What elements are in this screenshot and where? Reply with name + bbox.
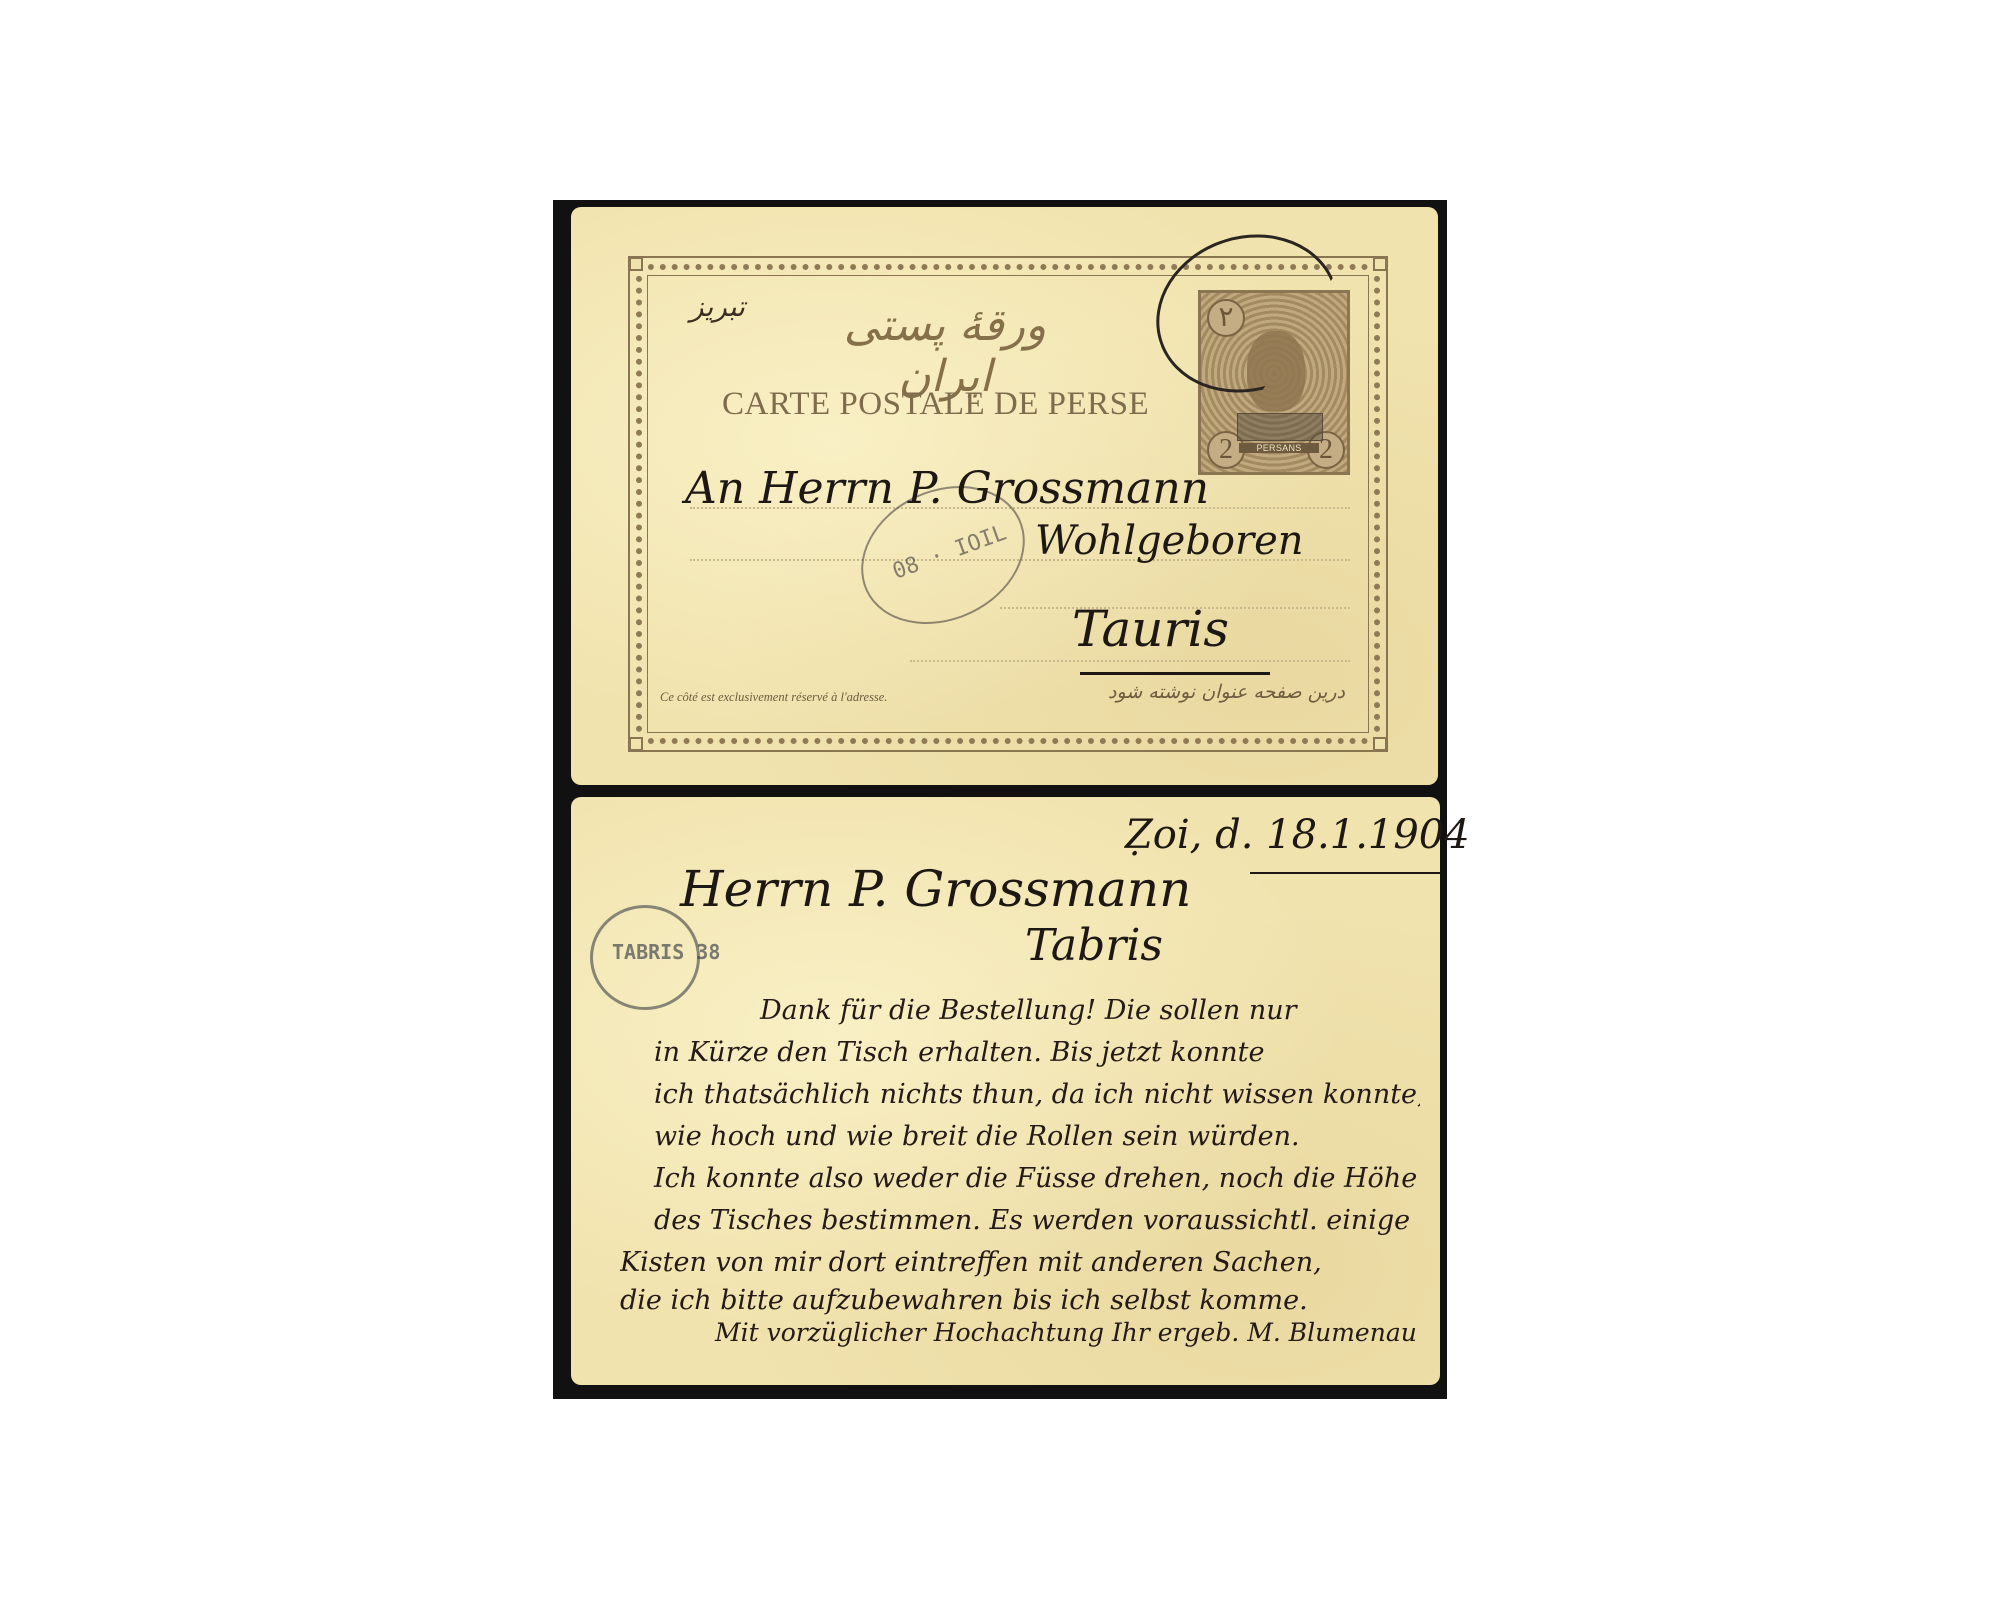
letter-city: Tabris xyxy=(1025,920,1163,971)
border-corner-ornament xyxy=(1373,257,1387,271)
letter-line: in Kürze den Tisch erhalten. Bis jetzt k… xyxy=(620,1032,1420,1074)
letter-line: Kisten von mir dort eintreffen mit ander… xyxy=(620,1242,1420,1284)
address-city: Tauris xyxy=(1072,600,1229,658)
letter-date: Ẓoi, d. 18.1.1904 xyxy=(1125,812,1470,858)
handwritten-persian-note: تبریز xyxy=(690,290,745,323)
border-corner-ornament xyxy=(629,257,643,271)
arrival-postmark-text: TABRIS 38 xyxy=(612,940,720,964)
letter-line: des Tisches bestimmen. Es werden vorauss… xyxy=(620,1200,1420,1242)
date-underline xyxy=(1250,872,1440,874)
letter-line: Ich konnte also weder die Füsse drehen, … xyxy=(620,1158,1420,1200)
card-title: CARTE POSTALE DE PERSE xyxy=(722,386,1162,423)
address-line xyxy=(910,660,1350,662)
border-corner-ornament xyxy=(629,737,643,751)
letter-line: ich thatsächlich nichts thun, da ich nic… xyxy=(620,1074,1420,1116)
address-honorific: Wohlgeboren xyxy=(1035,518,1304,564)
city-underline xyxy=(1080,672,1270,675)
stamp-overprint xyxy=(1237,413,1323,441)
stamp-legend: PERSANS xyxy=(1239,443,1319,453)
footnote-french: Ce côté est exclusivement réservé à l'ad… xyxy=(660,690,887,705)
border-corner-ornament xyxy=(1373,737,1387,751)
letter-body: Dank für die Bestellung! Die sollen nur … xyxy=(620,990,1420,1348)
letter-closing: Mit vorzüglicher Hochachtung Ihr ergeb. … xyxy=(620,1318,1420,1348)
letter-greeting: Herrn P. Grossmann xyxy=(680,860,1191,918)
footnote-persian: درین صفحه عنوان نوشته شود xyxy=(1110,681,1345,703)
letter-line: Dank für die Bestellung! Die sollen nur xyxy=(620,990,1420,1032)
letter-line: wie hoch und wie breit die Rollen sein w… xyxy=(620,1116,1420,1158)
letter-line: die ich bitte aufzubewahren bis ich selb… xyxy=(620,1284,1420,1318)
address-recipient: An Herrn P. Grossmann xyxy=(685,463,1209,514)
